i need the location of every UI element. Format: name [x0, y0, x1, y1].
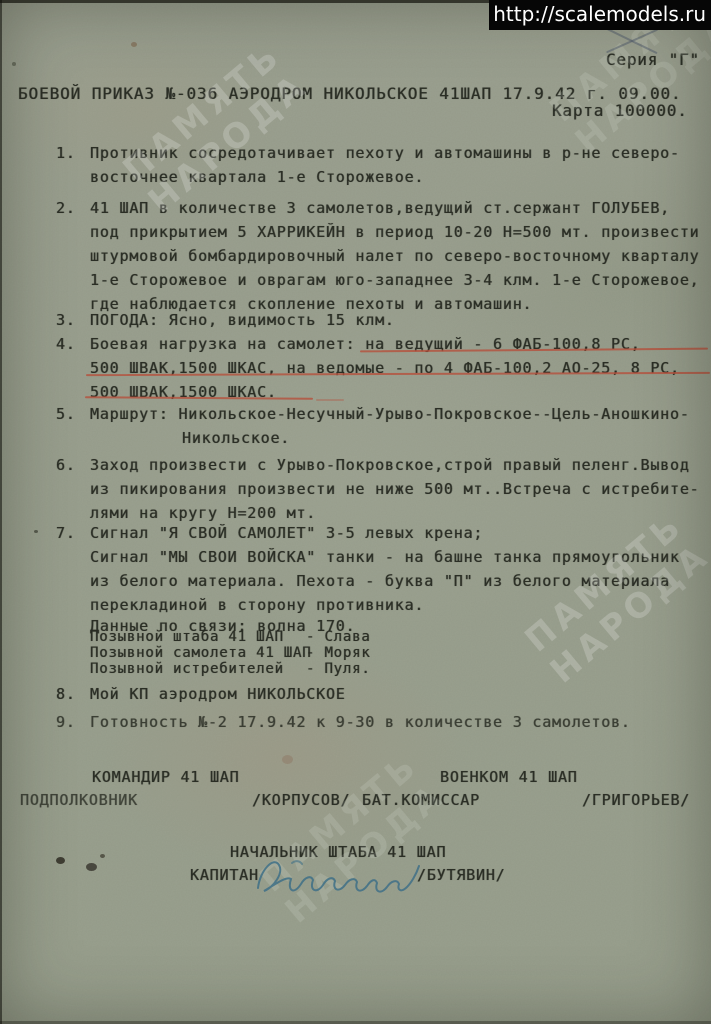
- chief-of-staff-name: /БУТЯВИН/: [417, 866, 505, 884]
- paper-stain: [131, 42, 137, 47]
- order-item-7: 7.Сигнал "Я СВОЙ САМОЛЕТ" 3-5 левых крен…: [56, 521, 680, 638]
- commander-name: /КОРПУСОВ/: [252, 791, 350, 809]
- order-item-6: 6.Заход произвести с Урыво-Покровское,ст…: [56, 453, 700, 525]
- callsign-value: - Моряк: [306, 645, 371, 661]
- commander-title: КОМАНДИР 41 ШАП: [92, 768, 239, 786]
- commissar-title: ВОЕНКОМ 41 ШАП: [440, 768, 578, 786]
- scan-edge: [0, 0, 2, 1024]
- handwritten-signature: [248, 848, 428, 904]
- scanned-document-page: ПАМЯТЬ НАРОДА ПАМЯТЬ НАРОДА ПАМЯТЬ НАРОД…: [0, 0, 711, 1024]
- paper-stain: [282, 755, 293, 764]
- commander-rank: ПОДПОЛКОВНИК: [20, 791, 138, 809]
- callsign-label: Позывной самолета 41 ШАП: [90, 645, 306, 661]
- order-item-5: 5.Маршрут: Никольское-Несучный-Урыво-Пок…: [56, 402, 690, 450]
- callsign-label: Позывной штаба 41 ШАП: [90, 629, 306, 645]
- commissar-rank: БАТ.КОМИССАР: [362, 791, 480, 809]
- commissar-name: /ГРИГОРЬЕВ/: [582, 791, 690, 809]
- callsign-label: Позывной истребителей: [90, 661, 306, 677]
- series-label: Серия "Г": [606, 50, 700, 69]
- order-item-2: 2.41 ШАП в количестве 3 самолетов,ведущи…: [56, 196, 700, 316]
- order-item-8: 8.Мой КП аэродром НИКОЛЬСКОЕ: [56, 682, 346, 706]
- order-item-9: 9.Готовность №-2 17.9.42 к 9-30 в количе…: [56, 710, 631, 734]
- order-item-4: 4.Боевая нагрузка на самолет: на ведущий…: [56, 332, 680, 404]
- map-scale: Карта 100000.: [552, 101, 688, 120]
- paper-hole: [86, 863, 97, 871]
- archive-watermark: ПАМЯТЬ НАРОДА: [115, 35, 316, 222]
- callsign-value: - Пуля.: [306, 661, 371, 677]
- callsign-value: - Слава: [306, 629, 371, 645]
- paper-hole: [56, 857, 65, 864]
- order-item-3: 3.ПОГОДА: Ясно, видимость 15 клм.: [56, 308, 395, 332]
- order-item-1: 1.Противник сосредотачивает пехоту и авт…: [56, 141, 680, 189]
- ink-speck: [34, 530, 38, 533]
- ink-speck: [12, 62, 16, 66]
- site-url-banner: http://scalemodels.ru: [489, 0, 711, 30]
- paper-hole: [100, 854, 105, 858]
- callsign-table: Позывной штаба 41 ШАП- Слава Позывной са…: [90, 629, 371, 677]
